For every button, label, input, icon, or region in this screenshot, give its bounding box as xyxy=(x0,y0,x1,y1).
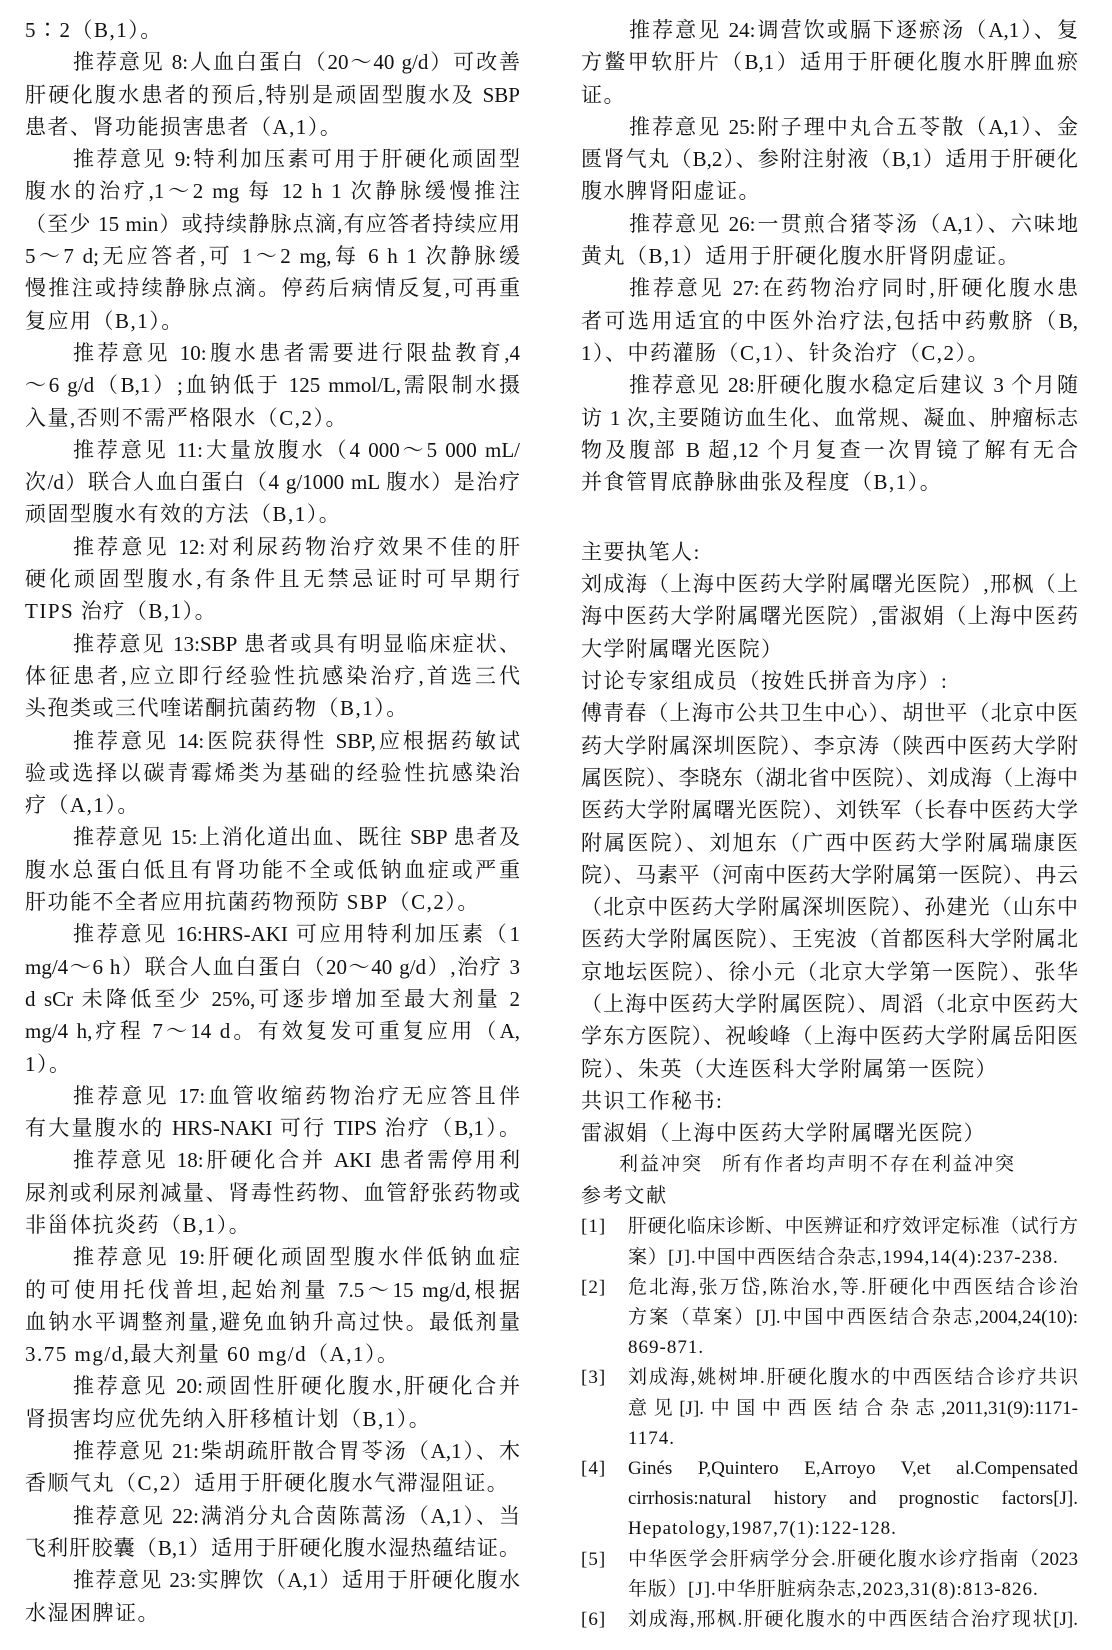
text-line: 硬化顽固型腹水,有条件且无禁忌证时可早期行 xyxy=(25,563,520,595)
text-line: 1）、中药灌肠（C,1）、针灸治疗（C,2）。 xyxy=(581,337,1078,369)
conflict-of-interest-text: 所有作者均声明不存在利益冲突 xyxy=(722,1154,1016,1175)
reference-item: [2] 危北海,张万岱,陈治水,等.肝硬化中西医结合诊治 方案（草案）[J].中… xyxy=(581,1273,1078,1364)
recommendation-18: 推荐意见 18:肝硬化合并 AKI 患者需停用利 尿剂或利尿剂减量、肾毒性药物、… xyxy=(25,1144,520,1241)
recommendation-27: 推荐意见 27:在药物治疗同时,肝硬化腹水患 者可选用适宜的中医外治疗法,包括中… xyxy=(581,272,1078,369)
text-line: 推荐意见 19:肝硬化顽固型腹水伴低钠血症 xyxy=(25,1241,520,1273)
text-line: 推荐意见 26:一贯煎合猪苓汤（A,1）、六味地 xyxy=(581,208,1078,240)
text-line: 推荐意见 14:医院获得性 SBP,应根据药敏试 xyxy=(25,725,520,757)
recommendation-28: 推荐意见 28:肝硬化腹水稳定后建议 3 个月随 访 1 次,主要随访血生化、血… xyxy=(581,369,1078,498)
text-line: 物及腹部 B 超,12 个月复查一次胃镜了解有无合 xyxy=(581,434,1078,466)
text-line: 年版）[J].中华肝脏病杂志,2023,31(8):813-826. xyxy=(628,1575,1078,1605)
text-line: 推荐意见 15:上消化道出血、既往 SBP 患者及 xyxy=(25,821,520,853)
text-line: 大学附属曙光医院） xyxy=(581,633,1078,665)
recommendation-22: 推荐意见 22:满消分丸合茵陈蒿汤（A,1）、当 飞利肝胶囊（B,1）适用于肝硬… xyxy=(25,1500,520,1565)
secretary-section: 共识工作秘书: 雷淑娟（上海中医药大学附属曙光医院） xyxy=(581,1085,1078,1150)
text-line: 意见[J].中国中西医结合杂志,2011,31(9):1171- xyxy=(628,1394,1078,1424)
text-line: 方案（草案）[J].中国中西医结合杂志,2004,24(10): xyxy=(628,1303,1078,1333)
text-line: 推荐意见 22:满消分丸合茵陈蒿汤（A,1）、当 xyxy=(25,1500,520,1532)
text-line: 院）、朱英（大连医科大学附属第一医院） xyxy=(581,1053,1078,1085)
recommendation-7-continuation: 5∶2（B,1）。 xyxy=(25,14,520,46)
text-line: （北京中医药大学附属深圳医院）、孙建光（山东中 xyxy=(581,891,1078,923)
reference-body: 肝硬化临床诊断、中医辨证和疗效评定标准（试行方 案）[J].中国中西医结合杂志,… xyxy=(628,1212,1078,1272)
text-line: 顽固型腹水有效的方法（B,1）。 xyxy=(25,498,520,530)
recommendation-13: 推荐意见 13:SBP 患者或具有明显临床症状、 体征患者,应立即行经验性抗感染… xyxy=(25,628,520,725)
text-line: mg/4～6 h）联合人血白蛋白（20～40 g/d）,治疗 3 xyxy=(25,951,520,983)
recommendation-26: 推荐意见 26:一贯煎合猪苓汤（A,1）、六味地 黄丸（B,1）适用于肝硬化腹水… xyxy=(581,208,1078,273)
text-line: 医药大学附属曙光医院）、刘铁军（长春中医药大学 xyxy=(581,794,1078,826)
text-line: 学东方医院）、祝峻峰（上海中医药大学附属岳阳医 xyxy=(581,1020,1078,1052)
recommendation-16: 推荐意见 16:HRS-AKI 可应用特利加压素（1 mg/4～6 h）联合人血… xyxy=(25,918,520,1079)
text-line: 尿剂或利尿剂减量、肾毒性药物、血管舒张药物或 xyxy=(25,1177,520,1209)
recommendation-9: 推荐意见 9:特利加压素可用于肝硬化顽固型 腹水的治疗,1～2 mg 每 12 … xyxy=(25,143,520,337)
text-line: 1174. xyxy=(628,1424,1078,1454)
reference-number: [1] xyxy=(581,1212,628,1242)
text-line: 附属医院）、刘旭东（广西中医药大学附属瑞康医 xyxy=(581,827,1078,859)
text-line: 肝硬化临床诊断、中医辨证和疗效评定标准（试行方 xyxy=(628,1212,1078,1242)
text-line: 入量,否则不需严格限水（C,2）。 xyxy=(25,402,520,434)
text-line: 推荐意见 18:肝硬化合并 AKI 患者需停用利 xyxy=(25,1144,520,1176)
text-line: 药大学附属深圳医院）、李京涛（陕西中医药大学附 xyxy=(581,730,1078,762)
recommendation-11: 推荐意见 11:大量放腹水（4 000～5 000 mL/ 次/d）联合人血白蛋… xyxy=(25,434,520,531)
right-column: 推荐意见 24:调营饮或膈下逐瘀汤（A,1）、复 方鳖甲软肝片（B,1）适用于肝… xyxy=(581,14,1078,1635)
expert-group-heading: 讨论专家组成员（按姓氏拼音为序）: xyxy=(581,665,1078,697)
text-line: TIPS 治疗（B,1）。 xyxy=(25,595,520,627)
reference-item: [3] 刘成海,姚树坤.肝硬化腹水的中西医结合诊疗共识 意见[J].中国中西医结… xyxy=(581,1363,1078,1454)
text-line: 疗（A,1）。 xyxy=(25,789,520,821)
text-line: 推荐意见 13:SBP 患者或具有明显临床症状、 xyxy=(25,628,520,660)
text-line: 推荐意见 9:特利加压素可用于肝硬化顽固型 xyxy=(25,143,520,175)
text-line: Ginés P,Quintero E,Arroyo V,et al.Compen… xyxy=(628,1454,1078,1484)
text-line: （至少 15 min）或持续静脉点滴,有应答者持续应用 xyxy=(25,208,520,240)
text-line: 傅青春（上海市公共卫生中心）、胡世平（北京中医 xyxy=(581,697,1078,729)
secretary-heading: 共识工作秘书: xyxy=(581,1085,1078,1117)
text-line: 推荐意见 21:柴胡疏肝散合胃苓汤（A,1）、木 xyxy=(25,1435,520,1467)
recommendation-14: 推荐意见 14:医院获得性 SBP,应根据药敏试 验或选择以碳青霉烯类为基础的经… xyxy=(25,725,520,822)
text-line: 5∶2（B,1）。 xyxy=(25,14,520,46)
lead-writers-heading: 主要执笔人: xyxy=(581,536,1078,568)
reference-item: [4] Ginés P,Quintero E,Arroyo V,et al.Co… xyxy=(581,1454,1078,1545)
recommendation-21: 推荐意见 21:柴胡疏肝散合胃苓汤（A,1）、木 香顺气丸（C,2）适用于肝硬化… xyxy=(25,1435,520,1500)
references-heading: 参考文献 xyxy=(581,1181,1078,1212)
text-line: 推荐意见 10:腹水患者需要进行限盐教育,4 xyxy=(25,337,520,369)
text-line: 3.75 mg/d,最大剂量 60 mg/d（A,1）。 xyxy=(25,1338,520,1370)
text-line: 的可使用托伐普坦,起始剂量 7.5～15 mg/d,根据 xyxy=(25,1274,520,1306)
text-line: 飞利肝胶囊（B,1）适用于肝硬化腹水湿热蕴结证。 xyxy=(25,1532,520,1564)
text-line: 869-871. xyxy=(628,1333,1078,1363)
text-line: 肾损害均应优先纳入肝移植计划（B,1）。 xyxy=(25,1403,520,1435)
text-line: 水湿困脾证。 xyxy=(25,1597,520,1629)
text-line: 血钠水平调整剂量,避免血钠升高过快。最低剂量 xyxy=(25,1306,520,1338)
text-line: 肝硬化腹水患者的预后,特别是顽固型腹水及 SBP xyxy=(25,79,520,111)
text-line: 腹水总蛋白低且有肾功能不全或低钠血症或严重 xyxy=(25,854,520,886)
text-line: 推荐意见 25:附子理中丸合五苓散（A,1）、金 xyxy=(581,111,1078,143)
text-line: 验或选择以碳青霉烯类为基础的经验性抗感染治 xyxy=(25,757,520,789)
text-line: 者可选用适宜的中医外治疗法,包括中药敷脐（B, xyxy=(581,305,1078,337)
text-line: 推荐意见 8:人血白蛋白（20～40 g/d）可改善 xyxy=(25,46,520,78)
text-line: mg/4 h,疗程 7～14 d。有效复发可重复应用（A, xyxy=(25,1015,520,1047)
text-line: 有大量腹水的 HRS-NAKI 可行 TIPS 治疗（B,1）。 xyxy=(25,1112,520,1144)
section-spacer xyxy=(581,498,1078,535)
text-line: 次/d）联合人血白蛋白（4 g/1000 mL 腹水）是治疗 xyxy=(25,466,520,498)
text-line: 雷淑娟（上海中医药大学附属曙光医院） xyxy=(581,1117,1078,1149)
text-line: 5～7 d;无应答者,可 1～2 mg,每 6 h 1 次静脉缓 xyxy=(25,240,520,272)
text-line: 肝功能不全者应用抗菌药物预防 SBP（C,2）。 xyxy=(25,886,520,918)
text-line: 非甾体抗炎药（B,1）。 xyxy=(25,1209,520,1241)
text-line: 匮肾气丸（B,2）、参附注射液（B,1）适用于肝硬化 xyxy=(581,143,1078,175)
reference-item: [1] 肝硬化临床诊断、中医辨证和疗效评定标准（试行方 案）[J].中国中西医结… xyxy=(581,1212,1078,1272)
text-line: 院）、马素平（河南中医药大学附属第一医院）、冉云 xyxy=(581,859,1078,891)
text-line: 推荐意见 24:调营饮或膈下逐瘀汤（A,1）、复 xyxy=(581,14,1078,46)
text-line: 海中医药大学附属曙光医院）,雷淑娟（上海中医药 xyxy=(581,600,1078,632)
text-line: 推荐意见 17:血管收缩药物治疗无应答且伴 xyxy=(25,1080,520,1112)
reference-number: [3] xyxy=(581,1363,628,1393)
text-line: 黄丸（B,1）适用于肝硬化腹水肝肾阴虚证。 xyxy=(581,240,1078,272)
text-line: 刘成海,邢枫.肝硬化腹水的中西医结合治疗现状[J]. xyxy=(628,1605,1078,1635)
text-line: 属医院）、李晓东（湖北省中医院）、刘成海（上海中 xyxy=(581,762,1078,794)
text-line: 刘成海,姚树坤.肝硬化腹水的中西医结合诊疗共识 xyxy=(628,1363,1078,1393)
reference-item: [6] 刘成海,邢枫.肝硬化腹水的中西医结合治疗现状[J]. xyxy=(581,1605,1078,1635)
recommendation-23: 推荐意见 23:实脾饮（A,1）适用于肝硬化腹水 水湿困脾证。 xyxy=(25,1564,520,1629)
text-line: 香顺气丸（C,2）适用于肝硬化腹水气滞湿阻证。 xyxy=(25,1467,520,1499)
text-line: 患者、肾功能损害患者（A,1）。 xyxy=(25,111,520,143)
text-line: 京地坛医院）、徐小元（北京大学第一医院）、张华 xyxy=(581,956,1078,988)
text-line: 复应用（B,1）。 xyxy=(25,305,520,337)
text-line: 慢推注或持续静脉点滴。停药后病情反复,可再重 xyxy=(25,272,520,304)
text-line: 腹水脾肾阳虚证。 xyxy=(581,175,1078,207)
conflict-of-interest-label: 利益冲突 xyxy=(619,1154,703,1175)
lead-writers-section: 主要执笔人: 刘成海（上海中医药大学附属曙光医院）,邢枫（上 海中医药大学附属曙… xyxy=(581,536,1078,665)
reference-number: [4] xyxy=(581,1454,628,1484)
text-line: 危北海,张万岱,陈治水,等.肝硬化中西医结合诊治 xyxy=(628,1273,1078,1303)
reference-body: 刘成海,姚树坤.肝硬化腹水的中西医结合诊疗共识 意见[J].中国中西医结合杂志,… xyxy=(628,1363,1078,1454)
reference-item: [5] 中华医学会肝病学分会.肝硬化腹水诊疗指南（2023 年版）[J].中华肝… xyxy=(581,1545,1078,1605)
reference-body: 中华医学会肝病学分会.肝硬化腹水诊疗指南（2023 年版）[J].中华肝脏病杂志… xyxy=(628,1545,1078,1605)
text-line: 案）[J].中国中西医结合杂志,1994,14(4):237-238. xyxy=(628,1243,1078,1273)
text-line: 刘成海（上海中医药大学附属曙光医院）,邢枫（上 xyxy=(581,568,1078,600)
text-line: 证。 xyxy=(581,79,1078,111)
reference-number: [6] xyxy=(581,1605,628,1635)
reference-body: 危北海,张万岱,陈治水,等.肝硬化中西医结合诊治 方案（草案）[J].中国中西医… xyxy=(628,1273,1078,1364)
reference-list: [1] 肝硬化临床诊断、中医辨证和疗效评定标准（试行方 案）[J].中国中西医结… xyxy=(581,1212,1078,1635)
reference-body: Ginés P,Quintero E,Arroyo V,et al.Compen… xyxy=(628,1454,1078,1545)
recommendation-24: 推荐意见 24:调营饮或膈下逐瘀汤（A,1）、复 方鳖甲软肝片（B,1）适用于肝… xyxy=(581,14,1078,111)
text-line: 中华医学会肝病学分会.肝硬化腹水诊疗指南（2023 xyxy=(628,1545,1078,1575)
text-line: （上海中医药大学附属医院）、周滔（北京中医药大 xyxy=(581,988,1078,1020)
text-line: ～6 g/d（B,1）;血钠低于 125 mmol/L,需限制水摄 xyxy=(25,369,520,401)
conflict-of-interest: 利益冲突所有作者均声明不存在利益冲突 xyxy=(581,1149,1078,1181)
reference-body: 刘成海,邢枫.肝硬化腹水的中西医结合治疗现状[J]. xyxy=(628,1605,1078,1635)
left-column: 5∶2（B,1）。 推荐意见 8:人血白蛋白（20～40 g/d）可改善 肝硬化… xyxy=(25,14,520,1629)
text-line: 推荐意见 20:顽固性肝硬化腹水,肝硬化合并 xyxy=(25,1370,520,1402)
recommendation-20: 推荐意见 20:顽固性肝硬化腹水,肝硬化合并 肾损害均应优先纳入肝移植计划（B,… xyxy=(25,1370,520,1435)
recommendation-8: 推荐意见 8:人血白蛋白（20～40 g/d）可改善 肝硬化腹水患者的预后,特别… xyxy=(25,46,520,143)
recommendation-17: 推荐意见 17:血管收缩药物治疗无应答且伴 有大量腹水的 HRS-NAKI 可行… xyxy=(25,1080,520,1145)
reference-number: [2] xyxy=(581,1273,628,1303)
text-line: Hepatology,1987,7(1):122-128. xyxy=(628,1514,1078,1544)
text-line: 1）。 xyxy=(25,1048,520,1080)
recommendation-12: 推荐意见 12:对利尿药物治疗效果不佳的肝 硬化顽固型腹水,有条件且无禁忌证时可… xyxy=(25,531,520,628)
text-line: 方鳖甲软肝片（B,1）适用于肝硬化腹水肝脾血瘀 xyxy=(581,46,1078,78)
text-line: 推荐意见 28:肝硬化腹水稳定后建议 3 个月随 xyxy=(581,369,1078,401)
text-line: 体征患者,应立即行经验性抗感染治疗,首选三代 xyxy=(25,660,520,692)
text-line: d sCr 未降低至少 25%,可逐步增加至最大剂量 2 xyxy=(25,983,520,1015)
text-line: 医药大学附属医院）、王宪波（首都医科大学附属北 xyxy=(581,923,1078,955)
text-line: 头孢类或三代喹诺酮抗菌药物（B,1）。 xyxy=(25,692,520,724)
text-line: cirrhosis:natural history and prognostic… xyxy=(628,1484,1078,1514)
text-line: 推荐意见 12:对利尿药物治疗效果不佳的肝 xyxy=(25,531,520,563)
recommendation-19: 推荐意见 19:肝硬化顽固型腹水伴低钠血症 的可使用托伐普坦,起始剂量 7.5～… xyxy=(25,1241,520,1370)
text-line: 并食管胃底静脉曲张及程度（B,1）。 xyxy=(581,466,1078,498)
text-line: 推荐意见 27:在药物治疗同时,肝硬化腹水患 xyxy=(581,272,1078,304)
text-line: 腹水的治疗,1～2 mg 每 12 h 1 次静脉缓慢推注 xyxy=(25,175,520,207)
text-line: 推荐意见 16:HRS-AKI 可应用特利加压素（1 xyxy=(25,918,520,950)
expert-group-section: 讨论专家组成员（按姓氏拼音为序）: 傅青春（上海市公共卫生中心）、胡世平（北京中… xyxy=(581,665,1078,1085)
recommendation-10: 推荐意见 10:腹水患者需要进行限盐教育,4 ～6 g/d（B,1）;血钠低于 … xyxy=(25,337,520,434)
reference-number: [5] xyxy=(581,1545,628,1575)
text-line: 访 1 次,主要随访血生化、血常规、凝血、肿瘤标志 xyxy=(581,402,1078,434)
text-line: 推荐意见 23:实脾饮（A,1）适用于肝硬化腹水 xyxy=(25,1564,520,1596)
recommendation-25: 推荐意见 25:附子理中丸合五苓散（A,1）、金 匮肾气丸（B,2）、参附注射液… xyxy=(581,111,1078,208)
recommendation-15: 推荐意见 15:上消化道出血、既往 SBP 患者及 腹水总蛋白低且有肾功能不全或… xyxy=(25,821,520,918)
text-line: 推荐意见 11:大量放腹水（4 000～5 000 mL/ xyxy=(25,434,520,466)
